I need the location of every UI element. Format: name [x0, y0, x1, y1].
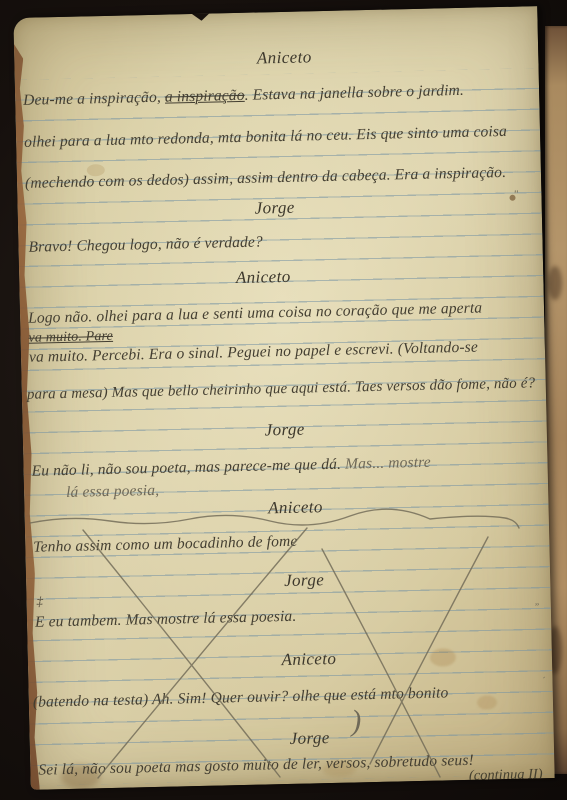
dialogue-text: Deu-me a inspiração, [23, 89, 165, 109]
dialogue-line: (batendo na testa) Ah. Sim! Quer ouvir? … [33, 684, 449, 711]
paper-stain [477, 695, 497, 709]
pencil-paren-mark: ) [351, 704, 362, 738]
manuscript-page: Aniceto Deu-me a inspiração, a inspiraçã… [13, 6, 554, 790]
character-heading-jorge: Jorge [48, 723, 555, 755]
dialogue-line: para a mesa) Mas que bello cheirinho que… [27, 375, 536, 404]
dialogue-line: Eu não li, não sou poeta, mas parece-me … [31, 454, 431, 481]
dialogue-line: Bravo! Chegou logo, não é verdade? [28, 233, 263, 256]
edge-tick-mark: „ [535, 596, 541, 607]
dialogue-line: Sei lá, não sou poeta mas gosto muito de… [38, 752, 474, 780]
edge-tick-mark: ˏ [542, 668, 546, 679]
character-heading-jorge: Jorge [13, 192, 537, 224]
dialogue-text: Eu não li, não sou poeta, mas parece-me … [31, 456, 345, 480]
dialogue-line: Tenho assim como um bocadinho de fome [33, 533, 297, 557]
character-heading-jorge: Jorge [23, 414, 547, 446]
dialogue-line: Deu-me a inspiração, a inspiração. Estav… [23, 82, 464, 110]
character-heading-aniceto: Aniceto [13, 261, 525, 293]
character-heading-aniceto: Aniceto [22, 42, 546, 74]
dialogue-text: . Estava na janella sobre o jardim. [244, 82, 464, 104]
torn-binding-edge [14, 44, 40, 790]
dialogue-line: olhei para a lua mto redonda, mta bonita… [24, 123, 507, 152]
character-heading-jorge: Jorge [42, 565, 555, 597]
page-edge-shadow [548, 266, 562, 300]
margin-quote-mark: ʺ [513, 189, 518, 201]
character-heading-aniceto: Aniceto [47, 644, 555, 676]
pencil-addition-line: lá essa poesia, [66, 482, 159, 502]
continuation-note: (continua II) [469, 766, 543, 785]
dialogue-line: Logo não. olhei para a lua e senti uma c… [28, 299, 483, 327]
dialogue-line: (mechendo com os dedos) assim, assim den… [25, 164, 506, 193]
insertion-cross-mark: ‡ [36, 594, 43, 610]
manuscript-scan: Aniceto Deu-me a inspiração, a inspiraçã… [0, 0, 567, 800]
dialogue-line: E eu tambem. Mas mostre lá essa poesia. [35, 608, 297, 632]
paper-tear-notch [189, 12, 211, 21]
crossed-out-text: a inspiração [165, 87, 245, 106]
pencil-addition: Mas... mostre [345, 454, 431, 473]
crossed-out-line: va muito. Pare [28, 329, 113, 347]
